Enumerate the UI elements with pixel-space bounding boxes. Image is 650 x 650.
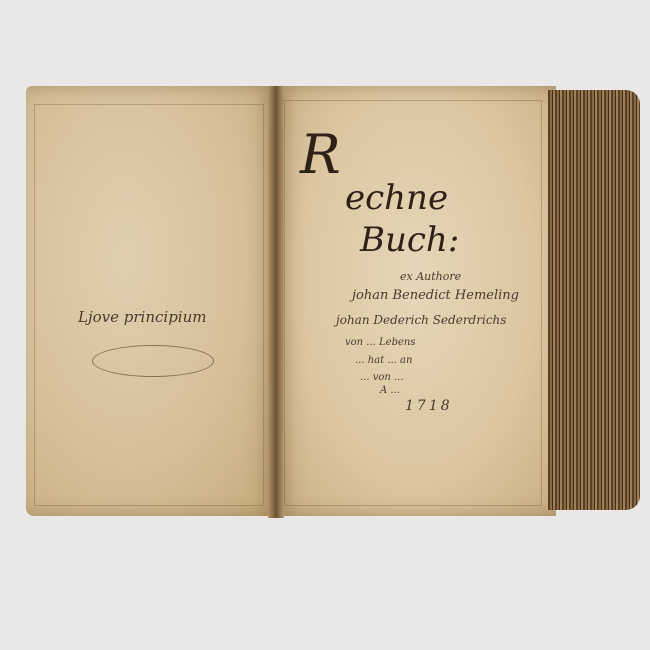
- manuscript-line: von ... Lebens: [345, 337, 415, 348]
- book-spine-gutter: [268, 86, 284, 518]
- left-inscription: Ljove principium: [78, 308, 206, 326]
- left-flourish: [92, 345, 214, 377]
- manuscript-line: ex Authore: [400, 270, 461, 283]
- manuscript-year: 1718: [405, 398, 453, 414]
- page-edges: [548, 90, 640, 510]
- left-page-frame: [34, 104, 264, 506]
- title-word-2: Buch:: [360, 220, 459, 260]
- manuscript-line: ... hat ... an: [355, 355, 412, 366]
- manuscript-line: johan Benedict Hemeling: [352, 288, 519, 303]
- manuscript-line: ... von ...: [360, 372, 404, 383]
- title-initial: R: [300, 128, 341, 182]
- title-word-1: echne: [345, 178, 448, 218]
- manuscript-line: A ...: [380, 385, 400, 396]
- manuscript-line: johan Dederich Sederdrichs: [336, 313, 506, 327]
